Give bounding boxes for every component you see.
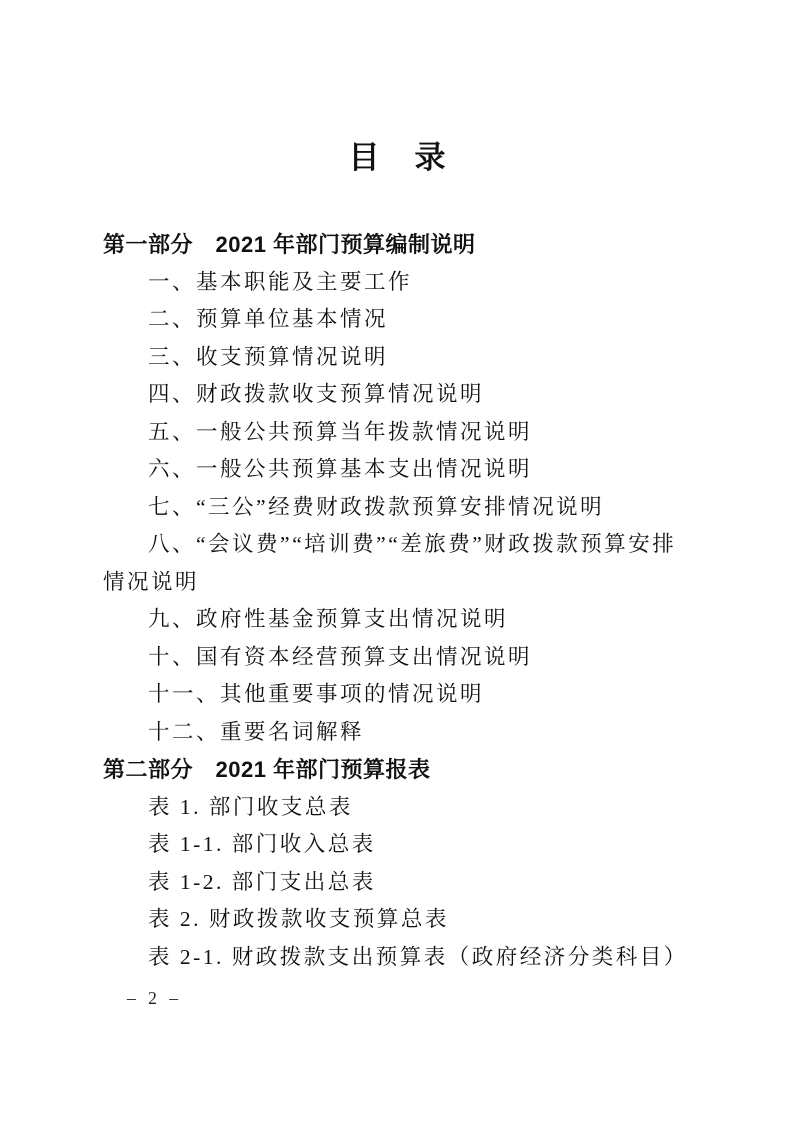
- toc-item-3: 三、收支预算情况说明: [103, 339, 693, 377]
- toc-content: 目 录 第一部分 2021 年部门预算编制说明 一、基本职能及主要工作 二、预算…: [0, 0, 793, 976]
- toc-item-2: 二、预算单位基本情况: [103, 301, 693, 339]
- document-page: 目 录 第一部分 2021 年部门预算编制说明 一、基本职能及主要工作 二、预算…: [0, 0, 793, 1122]
- toc-item-9: 九、政府性基金预算支出情况说明: [103, 601, 693, 639]
- toc-item-8: 八、“会议费”“培训费”“差旅费”财政拨款预算安排: [103, 526, 693, 564]
- toc-heading-part1: 第一部分 2021 年部门预算编制说明: [103, 226, 693, 264]
- toc-item-4: 四、财政拨款收支预算情况说明: [103, 376, 693, 414]
- toc-item-11: 十一、其他重要事项的情况说明: [103, 676, 693, 714]
- page-title: 目 录: [103, 138, 693, 178]
- toc-item-10: 十、国有资本经营预算支出情况说明: [103, 639, 693, 677]
- toc-item-8-continuation: 情况说明: [103, 564, 693, 602]
- page-number: – 2 –: [127, 988, 182, 1009]
- toc-table-2: 表 2. 财政拨款收支预算总表: [103, 901, 693, 939]
- toc-item-6: 六、一般公共预算基本支出情况说明: [103, 451, 693, 489]
- toc-item-12: 十二、重要名词解释: [103, 714, 693, 752]
- toc-table-2-1: 表 2-1. 财政拨款支出预算表（政府经济分类科目）: [103, 939, 693, 977]
- toc-item-7: 七、“三公”经费财政拨款预算安排情况说明: [103, 489, 693, 527]
- toc-item-5: 五、一般公共预算当年拨款情况说明: [103, 414, 693, 452]
- toc-table-1: 表 1. 部门收支总表: [103, 789, 693, 827]
- toc-item-1: 一、基本职能及主要工作: [103, 264, 693, 302]
- toc-heading-part2: 第二部分 2021 年部门预算报表: [103, 751, 693, 789]
- toc-table-1-2: 表 1-2. 部门支出总表: [103, 864, 693, 902]
- toc-table-1-1: 表 1-1. 部门收入总表: [103, 826, 693, 864]
